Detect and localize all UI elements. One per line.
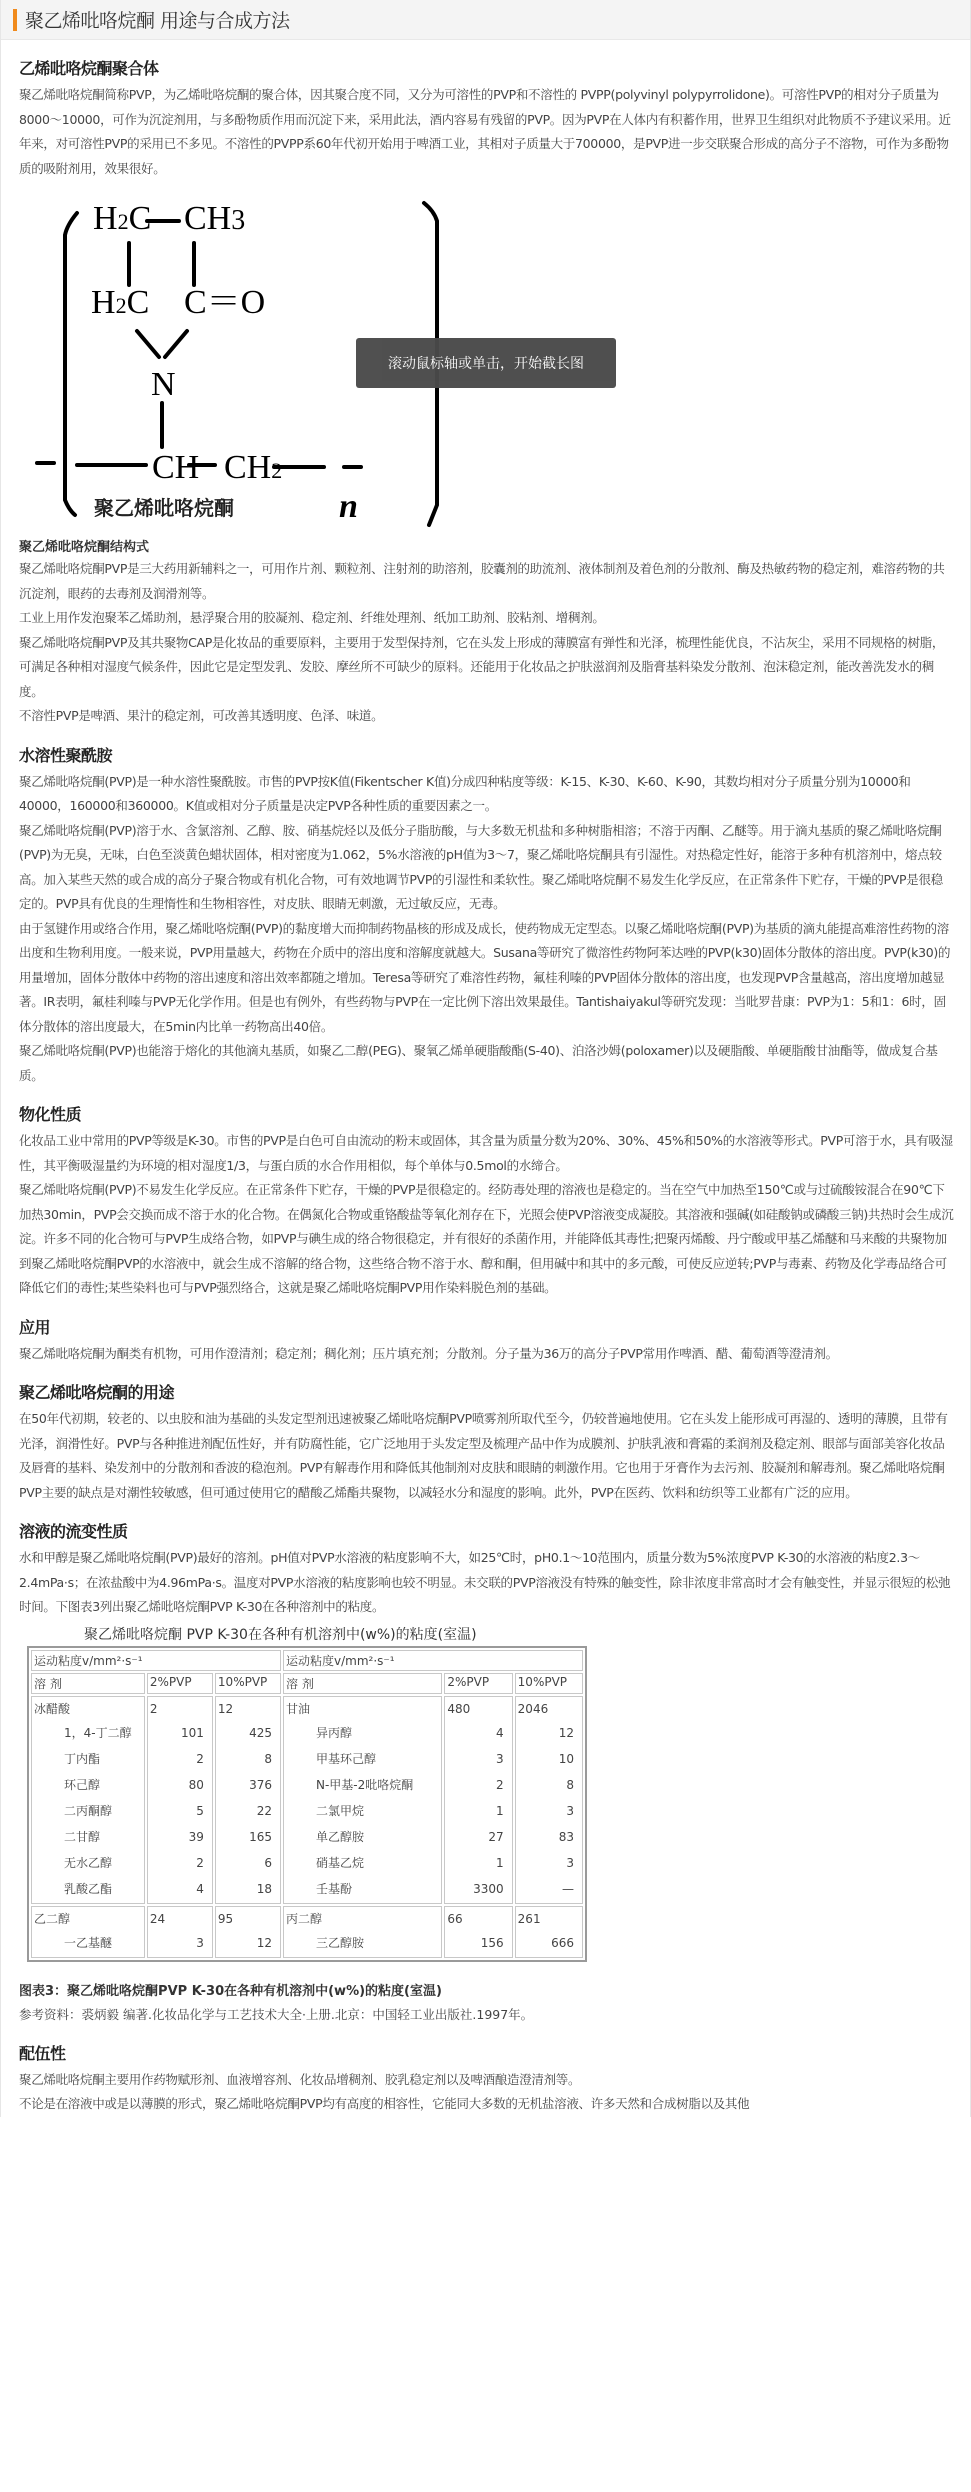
- solvent-cell: 丙二醇 三乙醇胺: [283, 1906, 442, 1958]
- viscosity-table: 运动粘度v/mm²·s⁻¹ 运动粘度v/mm²·s⁻¹ 溶 剂 2%PVP 10…: [27, 1646, 587, 1962]
- paragraph: 水和甲醇是聚乙烯吡咯烷酮(PVP)最好的溶剂。pH值对PVP水溶液的粘度影响不大…: [19, 1546, 954, 1620]
- table-row: 冰醋酸 1，4-丁二醇 丁内酯 环己醇 二丙酮醇 二甘醇 无水乙醇 乳酸乙酯 2…: [31, 1696, 583, 1904]
- paragraph: 聚乙烯吡咯烷酮主要用作药物赋形剂、血液增容剂、化妆品增稠剂、胶乳稳定剂以及啤酒酿…: [19, 2068, 954, 2093]
- section-heading: 溶液的流变性质: [19, 1519, 954, 1542]
- solvent-cell: 冰醋酸 1，4-丁二醇 丁内酯 环己醇 二丙酮醇 二甘醇 无水乙醇 乳酸乙酯: [31, 1696, 145, 1904]
- title-accent-bar: [13, 9, 17, 31]
- svg-text:N: N: [151, 366, 176, 403]
- section-heading: 配伍性: [19, 2041, 954, 2064]
- table-header-row: 溶 剂 2%PVP 10%PVP 溶 剂 2%PVP 10%PVP: [31, 1673, 583, 1694]
- paragraph: 聚乙烯吡咯烷酮(PVP)不易发生化学反应。在正常条件下贮存，干燥的PVP是很稳定…: [19, 1178, 954, 1301]
- value-cell-10pct: 261 666: [515, 1906, 583, 1958]
- subheading: 聚乙烯吡咯烷酮结构式: [19, 536, 954, 555]
- solvent-cell: 甘油 异丙醇 甲基环己醇 N-甲基-2吡咯烷酮 二氯甲烷 单乙醇胺 硝基乙烷 壬…: [283, 1696, 442, 1904]
- paragraph: 聚乙烯吡咯烷酮为酮类有机物，可用作澄清剂；稳定剂；稠化剂；压片填充剂；分散剂。分…: [19, 1342, 954, 1367]
- section-heading: 聚乙烯吡咯烷酮的用途: [19, 1380, 954, 1403]
- reference-text: 参考资料：裘炳毅 编著.化妆品化学与工艺技术大全·上册.北京：中国轻工业出版社.…: [19, 2003, 954, 2027]
- value-cell-10pct: 12 425 8 376 22 165 6 18: [215, 1696, 281, 1904]
- paragraph: 聚乙烯吡咯烷酮PVP及其共聚物CAP是化妆品的重要原料，主要用于发型保持剂，它在…: [19, 631, 954, 705]
- svg-text:CH: CH: [152, 449, 199, 486]
- section-heading: 应用: [19, 1315, 954, 1338]
- page-title: 聚乙烯吡咯烷酮 用途与合成方法: [25, 6, 290, 33]
- value-cell-2pct: 66 156: [444, 1906, 512, 1958]
- screenshot-tooltip: 滚动鼠标轴或单击，开始截长图: [356, 338, 616, 388]
- col-header-2pct: 2%PVP: [147, 1673, 213, 1694]
- col-header-solvent: 溶 剂: [283, 1673, 442, 1694]
- svg-text:C＝O: C＝O: [184, 284, 265, 321]
- table-title: 聚乙烯吡咯烷酮 PVP K-30在各种有机溶剂中(w%)的粘度(室温): [84, 1624, 954, 1644]
- col-header-10pct: 10%PVP: [215, 1673, 281, 1694]
- table-unit-row: 运动粘度v/mm²·s⁻¹ 运动粘度v/mm²·s⁻¹: [31, 1650, 583, 1671]
- svg-text:聚乙烯吡咯烷酮: 聚乙烯吡咯烷酮: [94, 496, 234, 520]
- paragraph: 由于氢键作用或络合作用，聚乙烯吡咯烷酮(PVP)的黏度增大而抑制药物晶核的形成及…: [19, 917, 954, 1040]
- svg-text:n: n: [339, 488, 358, 525]
- paragraph: 聚乙烯吡咯烷酮简称PVP，为乙烯吡咯烷酮的聚合体，因其聚合度不同，又分为可溶性的…: [19, 83, 954, 181]
- paragraph: 聚乙烯吡咯烷酮PVP是三大药用新辅料之一，可用作片剂、颗粒剂、注射剂的助溶剂，胶…: [19, 557, 954, 606]
- article-content: 乙烯吡咯烷酮聚合体 聚乙烯吡咯烷酮简称PVP，为乙烯吡咯烷酮的聚合体，因其聚合度…: [1, 40, 970, 2117]
- paragraph: 化妆品工业中常用的PVP等级是K-30。市售的PVP是白色可自由流动的粉末或固体…: [19, 1129, 954, 1178]
- col-header-2pct: 2%PVP: [444, 1673, 512, 1694]
- svg-text:H2C: H2C: [93, 200, 151, 237]
- svg-text:H2C: H2C: [91, 284, 149, 321]
- solvent-cell: 乙二醇 一乙基醚: [31, 1906, 145, 1958]
- svg-text:CH3: CH3: [184, 200, 245, 237]
- value-cell-10pct: 2046 12 10 8 3 83 3 —: [515, 1696, 583, 1904]
- section-heading: 水溶性聚酰胺: [19, 743, 954, 766]
- value-cell-2pct: 2 101 2 80 5 39 2 4: [147, 1696, 213, 1904]
- value-cell-2pct: 480 4 3 2 1 27 1 3300: [444, 1696, 512, 1904]
- paragraph: 在50年代初期，较老的、以虫胶和油为基础的头发定型剂迅速被聚乙烯吡咯烷酮PVP喷…: [19, 1407, 954, 1505]
- unit-header-right: 运动粘度v/mm²·s⁻¹: [283, 1650, 583, 1671]
- col-header-10pct: 10%PVP: [515, 1673, 583, 1694]
- value-cell-2pct: 24 3: [147, 1906, 213, 1958]
- value-cell-10pct: 95 12: [215, 1906, 281, 1958]
- article-page: 聚乙烯吡咯烷酮 用途与合成方法 乙烯吡咯烷酮聚合体 聚乙烯吡咯烷酮简称PVP，为…: [0, 0, 971, 2117]
- section-heading: 物化性质: [19, 1102, 954, 1125]
- paragraph: 不论是在溶液中或是以薄膜的形式，聚乙烯吡咯烷酮PVP均有高度的相容性，它能同大多…: [19, 2092, 954, 2117]
- section-heading: 乙烯吡咯烷酮聚合体: [19, 56, 954, 79]
- paragraph: 聚乙烯吡咯烷酮(PVP)是一种水溶性聚酰胺。市售的PVP按K值(Fikentsc…: [19, 770, 954, 819]
- svg-text:CH2: CH2: [224, 449, 282, 486]
- paragraph: 聚乙烯吡咯烷酮(PVP)溶于水、含氯溶剂、乙醇、胺、硝基烷烃以及低分子脂肪酸，与…: [19, 819, 954, 917]
- paragraph: 工业上用作发泡聚苯乙烯助剂，悬浮聚合用的胶凝剂、稳定剂、纤维处理剂、纸加工助剂、…: [19, 606, 954, 631]
- table-row: 乙二醇 一乙基醚 24 3 95 12 丙二醇 三乙醇胺 66 156: [31, 1906, 583, 1958]
- col-header-solvent: 溶 剂: [31, 1673, 145, 1694]
- unit-header-left: 运动粘度v/mm²·s⁻¹: [31, 1650, 281, 1671]
- table-caption: 图表3：聚乙烯吡咯烷酮PVP K-30在各种有机溶剂中(w%)的粘度(室温): [19, 1980, 954, 1999]
- paragraph: 聚乙烯吡咯烷酮(PVP)也能溶于熔化的其他滴丸基质，如聚乙二醇(PEG)、聚氧乙…: [19, 1039, 954, 1088]
- article-title-bar: 聚乙烯吡咯烷酮 用途与合成方法: [1, 0, 970, 40]
- paragraph: 不溶性PVP是啤酒、果汁的稳定剂，可改善其透明度、色泽、味道。: [19, 704, 954, 729]
